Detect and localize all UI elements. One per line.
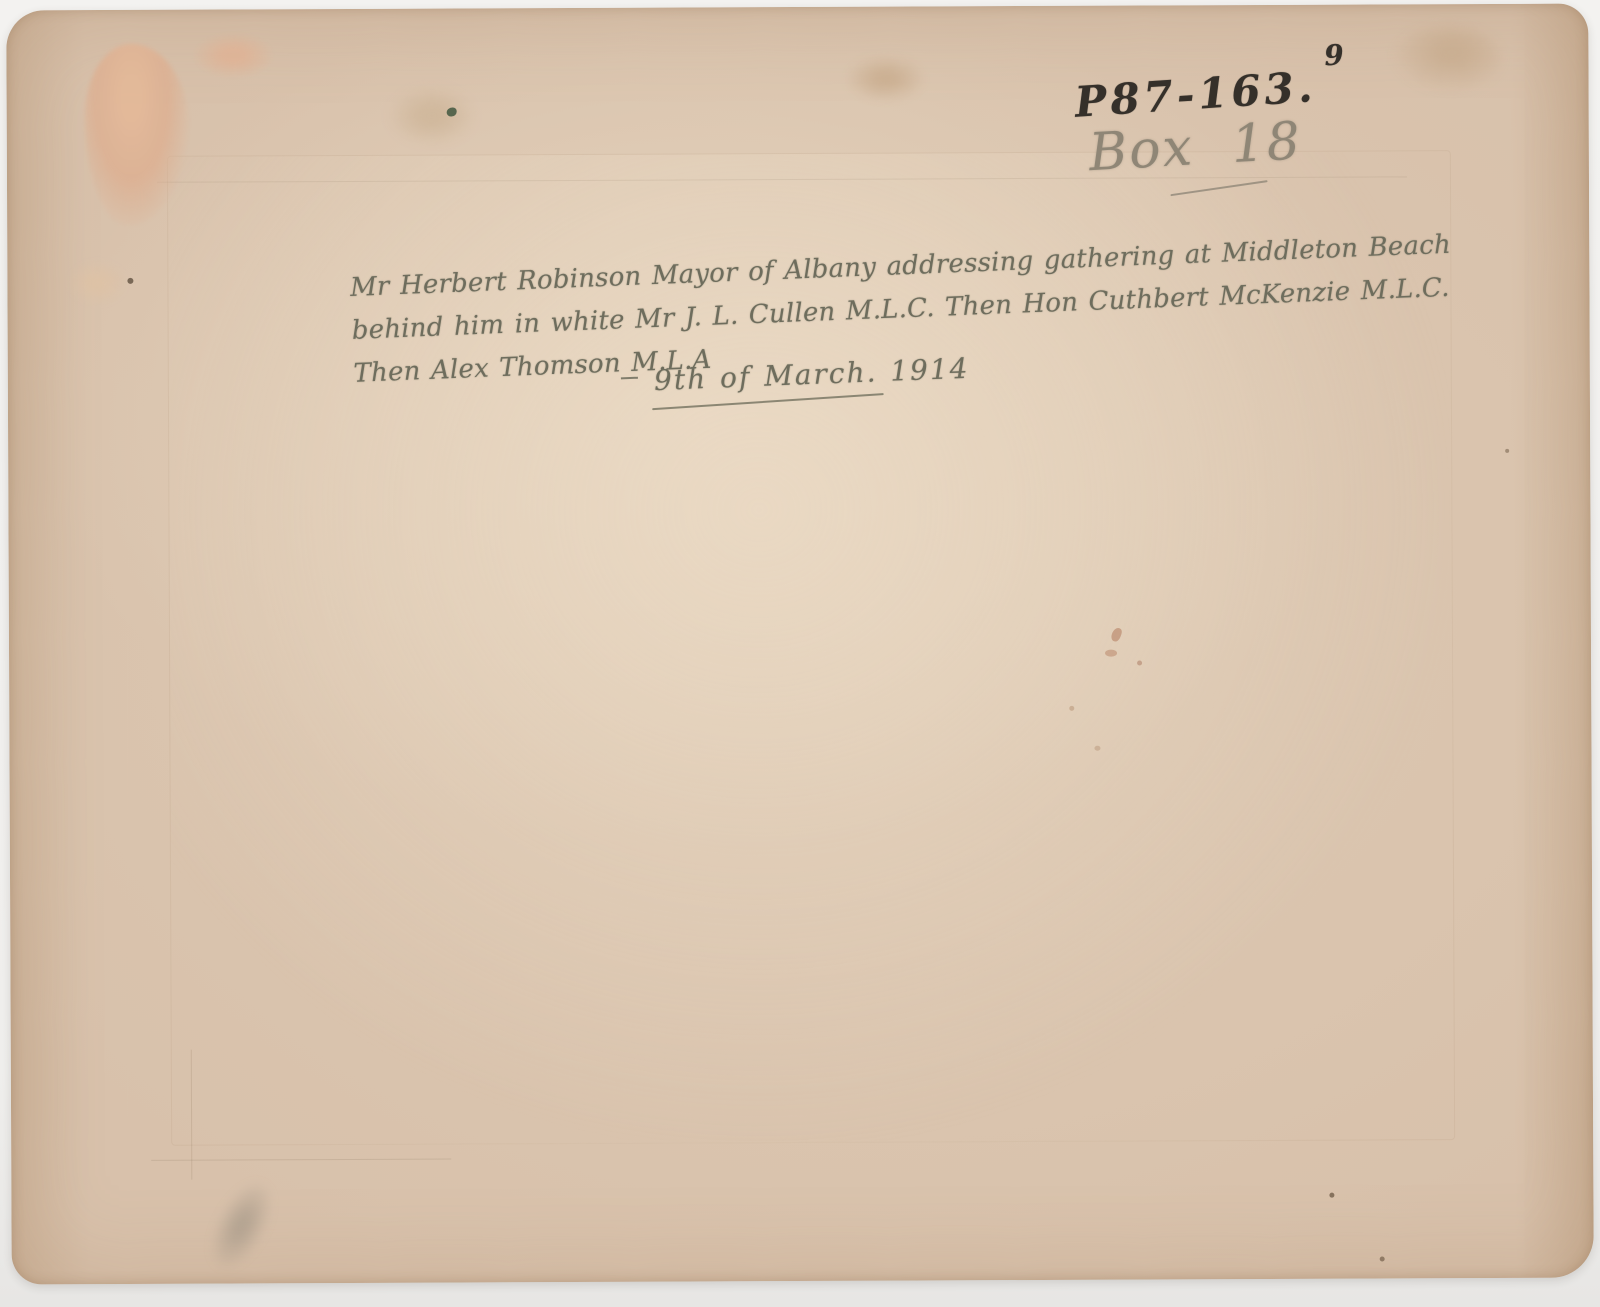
tear-mark bbox=[194, 33, 272, 77]
archive-number-superscript: 9 bbox=[1323, 38, 1345, 72]
stain-mark bbox=[1391, 26, 1501, 92]
foxing-spot bbox=[1069, 706, 1074, 711]
foxing-spot bbox=[1094, 746, 1100, 751]
speck-mark bbox=[127, 278, 133, 284]
smudge-mark bbox=[198, 1172, 285, 1279]
box-number: 18 bbox=[1230, 111, 1303, 175]
box-word: Box bbox=[1087, 117, 1195, 183]
speck-mark bbox=[447, 107, 457, 116]
photo-back-card: P87-163.9 Box18 Mr Herbert Robinson Mayo… bbox=[6, 4, 1594, 1285]
box-label: Box18 bbox=[1087, 111, 1303, 183]
foxing-spot bbox=[1137, 661, 1142, 666]
foxing-spot bbox=[1110, 627, 1123, 643]
tear-mark bbox=[84, 44, 189, 226]
crease-line bbox=[151, 1159, 451, 1161]
foxing-spot bbox=[1105, 650, 1117, 657]
stain-mark bbox=[846, 56, 924, 100]
speck-mark bbox=[1329, 1193, 1334, 1198]
box-underline-mark bbox=[1170, 180, 1267, 196]
stain-mark bbox=[389, 86, 475, 144]
speck-mark bbox=[1505, 449, 1509, 453]
scanner-background: P87-163.9 Box18 Mr Herbert Robinson Mayo… bbox=[0, 0, 1600, 1307]
crease-line bbox=[191, 1050, 193, 1180]
crease-line bbox=[157, 176, 1407, 182]
tear-mark bbox=[67, 260, 127, 306]
speck-mark bbox=[1380, 1256, 1385, 1261]
handwritten-caption: Mr Herbert Robinson Mayor of Albany addr… bbox=[349, 228, 1333, 395]
